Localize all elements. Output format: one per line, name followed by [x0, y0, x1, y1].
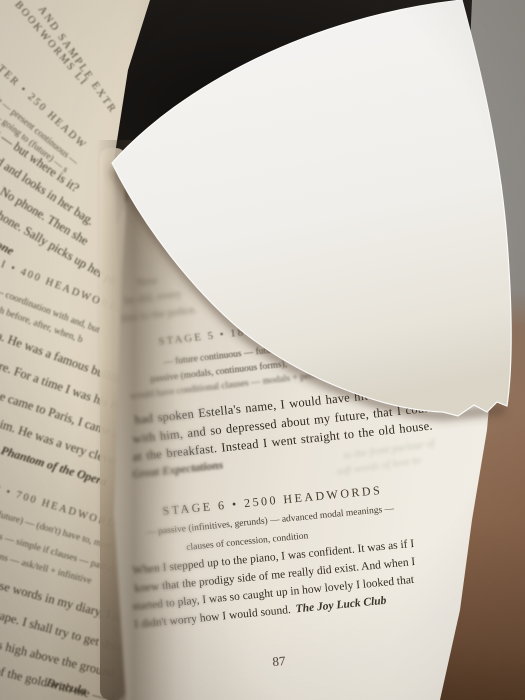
right-page-pre_fragments-2: him to the police. [120, 305, 198, 325]
left-page-line-1: AND SAMPLE EXTR [35, 5, 117, 116]
right-page-pre_fragments-0: Now [136, 275, 159, 289]
excerpt-source-title: The Joy Luck Club [295, 595, 387, 616]
page-number: 87 [272, 654, 286, 668]
right-page-pre_fragments-1: he did, every [124, 289, 182, 307]
right-page-stage5-source: Great Expectations [132, 460, 224, 481]
left-page-line-26: Dracula [45, 676, 87, 697]
left-page-line-9: one [0, 238, 16, 257]
photo-open-book: BOOKWORMS LIAND SAMPLE EXTRTER • 250 HEA… [0, 0, 525, 700]
right-page-stage5-heading: STAGE 5 • 1800 HEADWORDS [158, 315, 353, 348]
